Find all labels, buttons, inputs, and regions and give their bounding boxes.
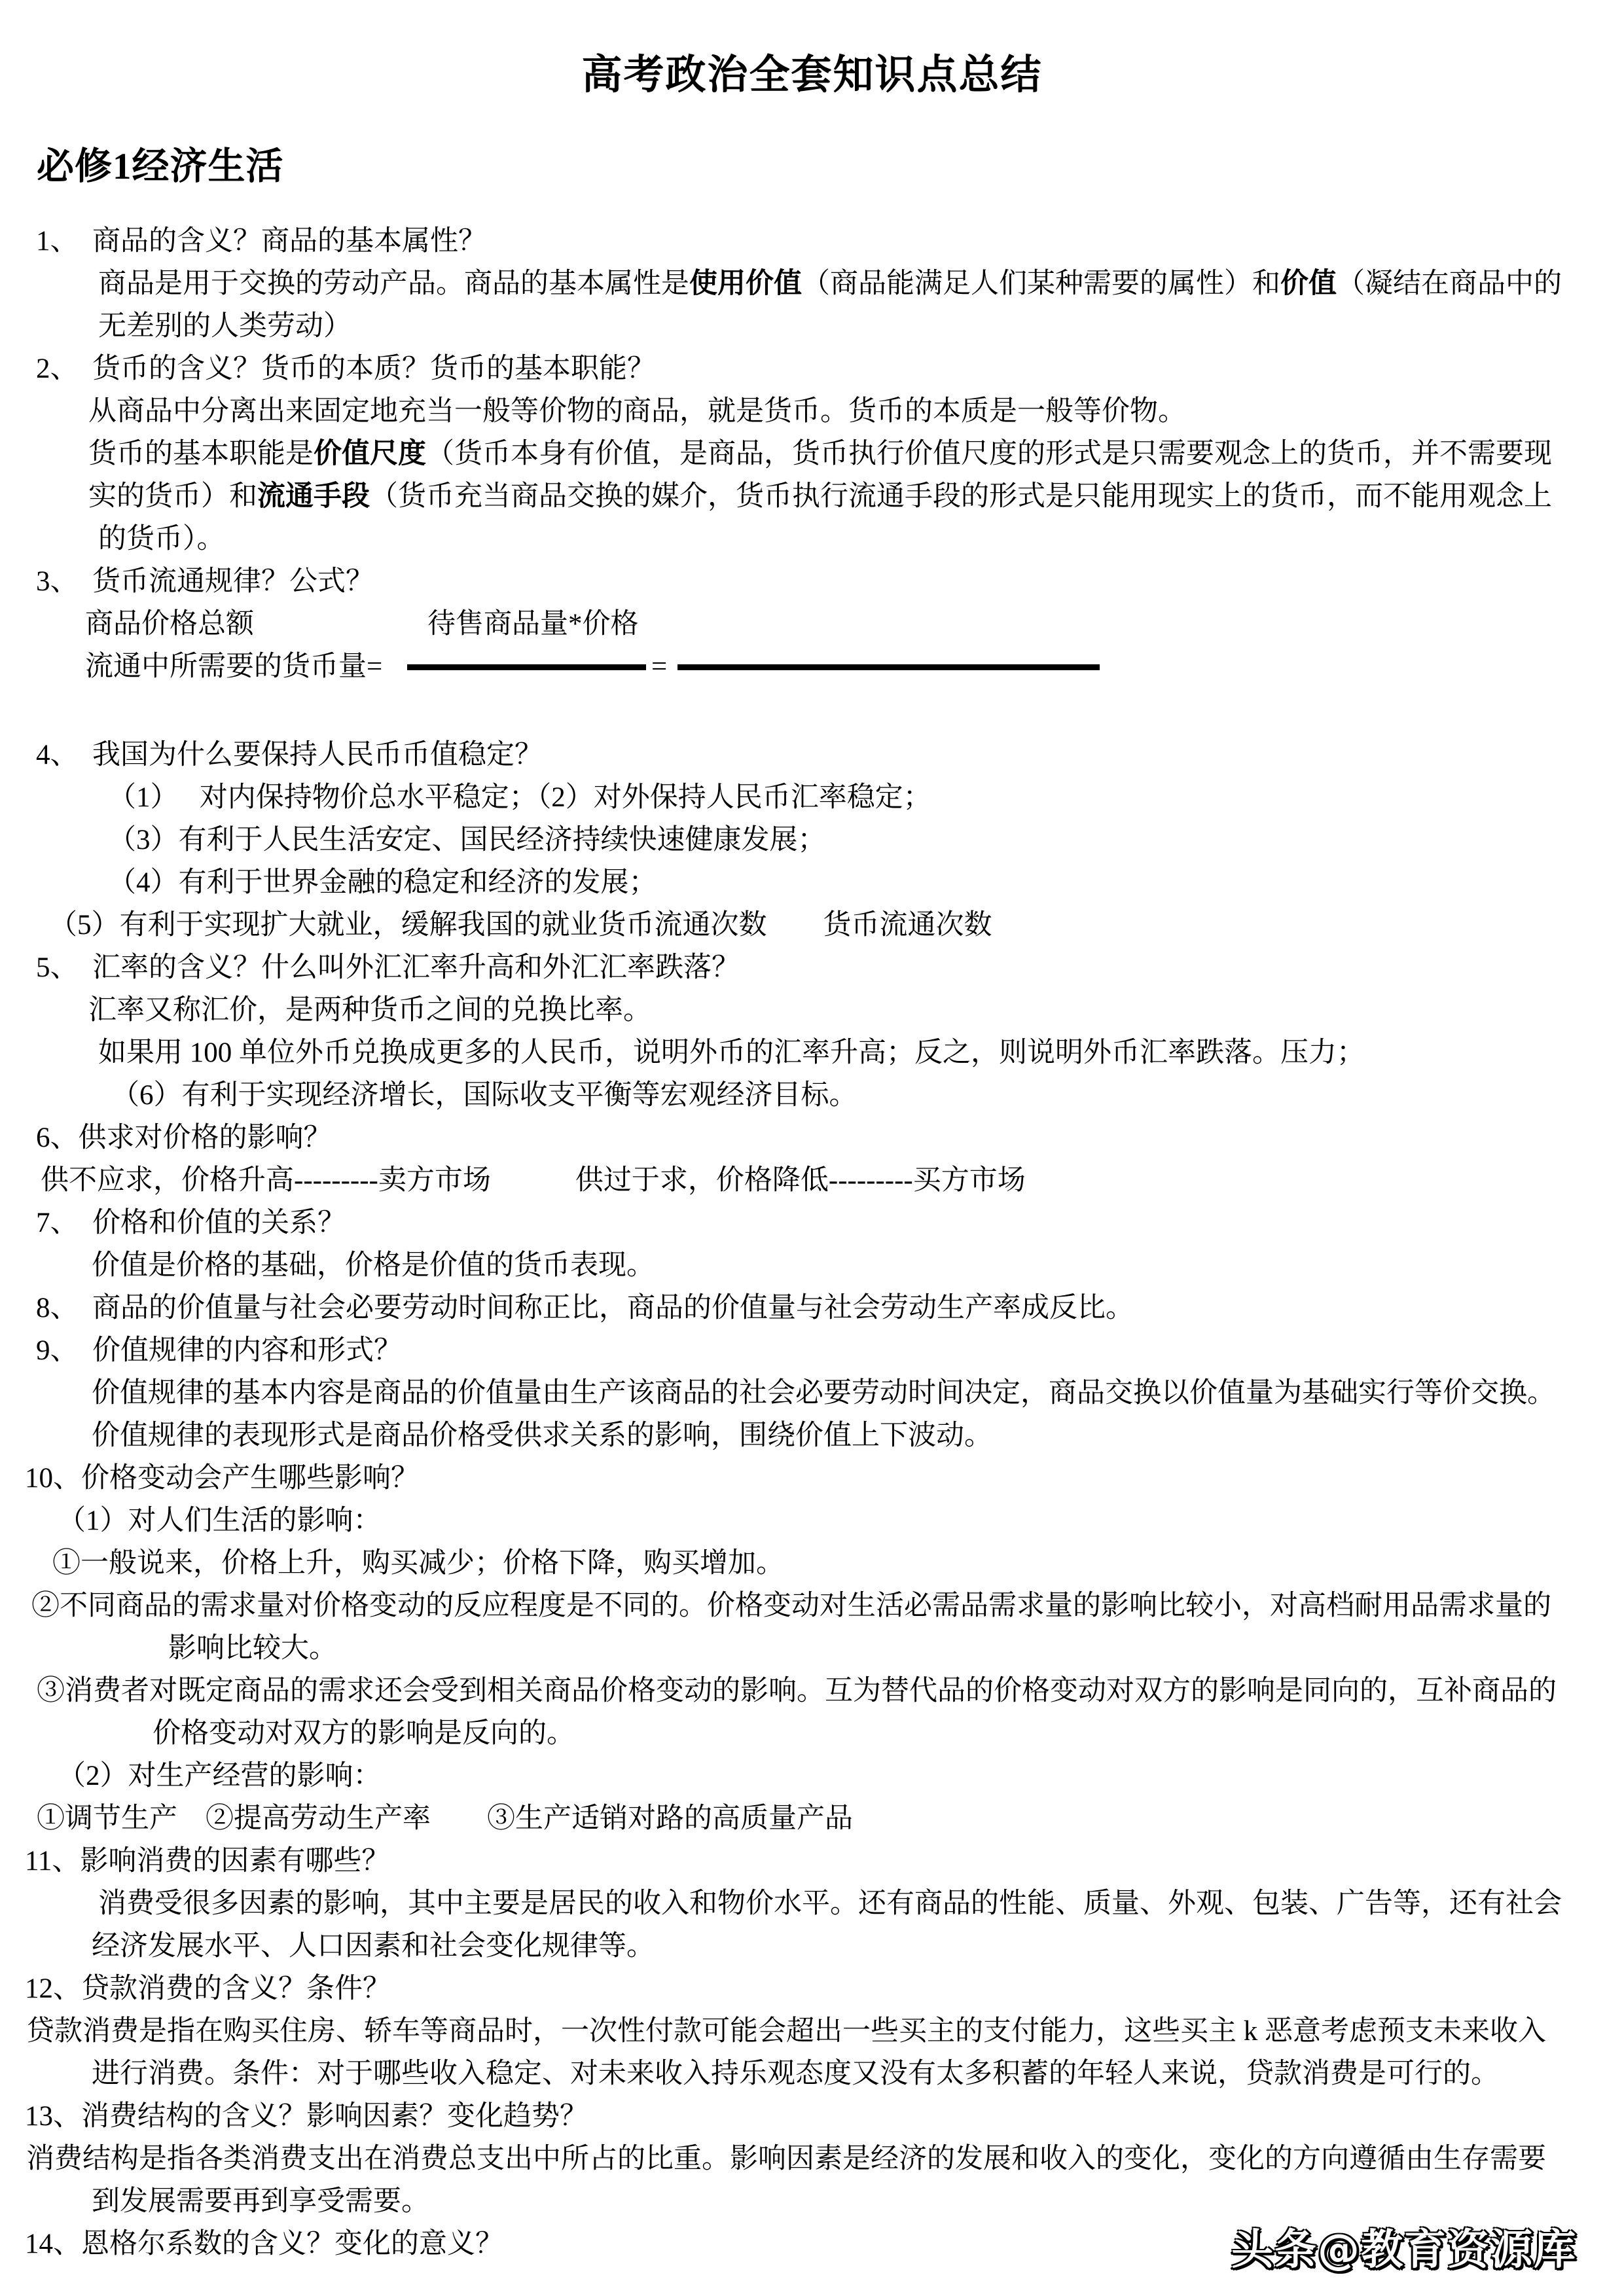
item-10-answer-line: ①一般说来，价格上升，购买减少；价格下降，购买增加。: [0, 1542, 1624, 1585]
item-5-answer-line: 如果用 100 单位外币兑换成更多的人民币，说明外币的汇率升高；反之，则说明外币…: [0, 1031, 1624, 1074]
text-segment: 到发展需要再到享受需要。: [92, 2186, 429, 2217]
watermark: 头条@教育资源库: [1231, 2220, 1577, 2280]
text-segment: 价值: [1280, 268, 1337, 299]
item-9-question: 9、 价值规律的内容和形式？: [0, 1329, 1624, 1372]
item-13-question: 13、消费结构的含义？影响因素？变化趋势？: [0, 2095, 1624, 2138]
text-segment: （凝结在商品中的: [1337, 268, 1562, 299]
text-segment: 汇率又称汇价，是两种货币之间的兑换比率。: [88, 995, 651, 1026]
item-12-answer-line: 贷款消费是指在购买住房、轿车等商品时，一次性付款可能会超出一些买主的支付能力，这…: [0, 2010, 1624, 2053]
item-11-answer-line: 经济发展水平、人口因素和社会变化规律等。: [0, 1925, 1624, 1967]
item-5-answer-line: 汇率又称汇价，是两种货币之间的兑换比率。: [0, 989, 1624, 1031]
text-segment: 实的货币）和: [88, 481, 257, 512]
text-segment: ①一般说来，价格上升，购买减少；价格下降，购买增加。: [52, 1548, 784, 1579]
text-segment: 流通手段: [257, 481, 370, 512]
text-segment: 流通中所需要的货币量=: [85, 645, 382, 688]
text-segment: 11、影响消费的因素有哪些？: [25, 1846, 389, 1876]
text-segment: ②不同商品的需求量对价格变动的反应程度是不同的。价格变动对生活必需品需求量的影响…: [31, 1590, 1551, 1621]
text-segment: 如果用 100 单位外币兑换成更多的人民币，说明外币的汇率升高；反之，则说明外币…: [98, 1037, 1365, 1068]
formula-numerators-line: 商品价格总额待售商品量*价格: [0, 603, 1624, 645]
item-10-answer-line: ①调节生产 ②提高劳动生产率 ③生产适销对路的高质量产品: [0, 1797, 1624, 1840]
text-segment: 经济发展水平、人口因素和社会变化规律等。: [92, 1931, 655, 1962]
text-segment: （货币本身有价值，是商品，货币执行价值尺度的形式是只需要观念上的货币，并不需要现: [426, 439, 1552, 469]
text-segment: 消费结构是指各类消费支出在消费总支出中所占的比重。影响因素是经济的发展和收入的变…: [26, 2144, 1546, 2174]
item-10-question: 10、价格变动会产生哪些影响？: [0, 1457, 1624, 1499]
text-segment: （5）有利于实现扩大就业，缓解我国的就业货币流通次数 货币流通次数: [49, 910, 992, 941]
text-segment: 价值是价格的基础，价格是价值的货币表现。: [92, 1250, 655, 1281]
item-5-answer-line: （6）有利于实现经济增长，国际收支平衡等宏观经济目标。: [0, 1074, 1624, 1117]
item-7-question: 7、 价格和价值的关系？: [0, 1202, 1624, 1244]
text-segment: 商品价格总额: [85, 603, 254, 645]
text-segment: 价值规律的表现形式是商品价格受供求关系的影响，围绕价值上下波动。: [92, 1420, 992, 1451]
text-segment: （3）有利于人民生活安定、国民经济持续快速健康发展；: [108, 825, 826, 855]
text-segment: （4）有利于世界金融的稳定和经济的发展；: [108, 867, 657, 898]
item-9-answer-line: 价值规律的表现形式是商品价格受供求关系的影响，围绕价值上下波动。: [0, 1414, 1624, 1457]
section-heading: 必修1经济生活: [37, 145, 1624, 188]
text-segment: 的货币）。: [98, 524, 225, 554]
text-segment: 供不应求，价格升高---------卖方市场 供过于求，价格降低--------…: [41, 1165, 1026, 1196]
text-segment: 从商品中分离出来固定地充当一般等价物的商品，就是货币。货币的本质是一般等价物。: [88, 396, 1186, 427]
text-segment: 2、 货币的含义？货币的本质？货币的基本职能？: [36, 353, 655, 384]
item-7-answer-line: 价值是价格的基础，价格是价值的货币表现。: [0, 1244, 1624, 1287]
text-segment: 13、消费结构的含义？影响因素？变化趋势？: [25, 2101, 588, 2132]
item-11-question: 11、影响消费的因素有哪些？: [0, 1840, 1624, 1882]
text-segment: 价值规律的基本内容是商品的价值量由生产该商品的社会必要劳动时间决定，商品交换以价…: [92, 1378, 1555, 1408]
text-segment: =: [651, 645, 667, 688]
text-segment: 影响比较大。: [168, 1633, 337, 1664]
item-4-answer-line: （4）有利于世界金融的稳定和经济的发展；: [0, 861, 1624, 904]
item-1-question: 1、 商品的含义？商品的基本属性？: [0, 220, 1624, 262]
text-segment: ③消费者对既定商品的需求还会受到相关商品价格变动的影响。互为替代品的价格变动对双…: [37, 1676, 1557, 1706]
item-2-answer-line: 的货币）。: [0, 518, 1624, 560]
text-segment: 进行消费。条件：对于哪些收入稳定、对未来收入持乐观态度又没有太多积蓄的年轻人来说…: [92, 2058, 1499, 2089]
text-segment: （6）有利于实现经济增长，国际收支平衡等宏观经济目标。: [111, 1080, 857, 1111]
blank-line: [0, 688, 1624, 734]
text-segment: 10、价格变动会产生哪些影响？: [25, 1463, 419, 1494]
formula-bars-line: 流通中所需要的货币量==: [0, 645, 1624, 688]
text-segment: 价值尺度: [314, 439, 426, 469]
item-10-answer-line: （2）对生产经营的影响：: [0, 1755, 1624, 1797]
item-10-answer-line: ②不同商品的需求量对价格变动的反应程度是不同的。价格变动对生活必需品需求量的影响…: [0, 1585, 1624, 1627]
fraction-bar: [677, 664, 1100, 670]
item-4-answer-line: （1） 对内保持物价总水平稳定；（2）对外保持人民币汇率稳定；: [0, 776, 1624, 819]
item-2-answer-line: 实的货币）和流通手段（货币充当商品交换的媒介，货币执行流通手段的形式是只能用现实…: [0, 475, 1624, 518]
item-10-answer-line: （1）对人们生活的影响：: [0, 1499, 1624, 1542]
text-segment: 使用价值: [689, 268, 802, 299]
text-segment: 4、 我国为什么要保持人民币币值稳定？: [36, 740, 543, 770]
text-segment: （1） 对内保持物价总水平稳定；（2）对外保持人民币汇率稳定；: [108, 782, 931, 813]
text-segment: 5、 汇率的含义？什么叫外汇汇率升高和外汇汇率跌落？: [36, 952, 740, 983]
item-4-question: 4、 我国为什么要保持人民币币值稳定？: [0, 734, 1624, 776]
item-3-question: 3、 货币流通规律？公式？: [0, 560, 1624, 603]
item-4-answer-line: （3）有利于人民生活安定、国民经济持续快速健康发展；: [0, 819, 1624, 861]
text-segment: ①调节生产 ②提高劳动生产率 ③生产适销对路的高质量产品: [37, 1803, 853, 1834]
text-segment: 消费受很多因素的影响，其中主要是居民的收入和物价水平。还有商品的性能、质量、外观…: [98, 1888, 1562, 1919]
text-segment: 1、 商品的含义？商品的基本属性？: [36, 226, 486, 257]
document-body: 1、 商品的含义？商品的基本属性？商品是用于交换的劳动产品。商品的基本属性是使用…: [0, 220, 1624, 2265]
text-segment: 价格变动对双方的影响是反向的。: [153, 1718, 575, 1749]
text-segment: 无差别的人类劳动）: [98, 311, 352, 342]
document-page: { "page": { "title": "高考政治全套知识点总结", "hea…: [0, 0, 1624, 2296]
item-13-answer-line: 到发展需要再到享受需要。: [0, 2180, 1624, 2223]
item-9-answer-line: 价值规律的基本内容是商品的价值量由生产该商品的社会必要劳动时间决定，商品交换以价…: [0, 1372, 1624, 1414]
text-segment: 12、贷款消费的含义？条件？: [25, 1973, 391, 2004]
text-segment: 14、恩格尔系数的含义？变化的意义？: [25, 2229, 503, 2259]
item-8-statement: 8、 商品的价值量与社会必要劳动时间称正比，商品的价值量与社会劳动生产率成反比。: [0, 1287, 1624, 1329]
text-segment: 待售商品量*价格: [427, 603, 639, 645]
item-6-answer-line: 供不应求，价格升高---------卖方市场 供过于求，价格降低--------…: [0, 1159, 1624, 1202]
item-12-answer-line: 进行消费。条件：对于哪些收入稳定、对未来收入持乐观态度又没有太多积蓄的年轻人来说…: [0, 2053, 1624, 2095]
text-segment: 6、供求对价格的影响？: [36, 1122, 332, 1153]
item-13-answer-line: 消费结构是指各类消费支出在消费总支出中所占的比重。影响因素是经济的发展和收入的变…: [0, 2138, 1624, 2180]
item-5-question: 5、 汇率的含义？什么叫外汇汇率升高和外汇汇率跌落？: [0, 946, 1624, 989]
item-2-answer-line: 从商品中分离出来固定地充当一般等价物的商品，就是货币。货币的本质是一般等价物。: [0, 390, 1624, 433]
text-segment: （商品能满足人们某种需要的属性）和: [802, 268, 1280, 299]
item-4-answer-line: （5）有利于实现扩大就业，缓解我国的就业货币流通次数 货币流通次数: [0, 904, 1624, 946]
item-10-answer-line: 价格变动对双方的影响是反向的。: [0, 1712, 1624, 1755]
item-11-answer-line: 消费受很多因素的影响，其中主要是居民的收入和物价水平。还有商品的性能、质量、外观…: [0, 1882, 1624, 1925]
item-10-answer-line: ③消费者对既定商品的需求还会受到相关商品价格变动的影响。互为替代品的价格变动对双…: [0, 1670, 1624, 1712]
text-segment: 商品是用于交换的劳动产品。商品的基本属性是: [98, 268, 689, 299]
text-segment: 9、 价值规律的内容和形式？: [36, 1335, 402, 1366]
text-segment: 贷款消费是指在购买住房、轿车等商品时，一次性付款可能会超出一些买主的支付能力，这…: [26, 2016, 1546, 2047]
item-6-question: 6、供求对价格的影响？: [0, 1117, 1624, 1159]
item-12-question: 12、贷款消费的含义？条件？: [0, 1967, 1624, 2010]
page-title: 高考政治全套知识点总结: [0, 51, 1624, 98]
text-segment: 货币的基本职能是: [88, 439, 314, 469]
text-segment: （2）对生产经营的影响：: [58, 1761, 382, 1791]
item-1-answer-line: 商品是用于交换的劳动产品。商品的基本属性是使用价值（商品能满足人们某种需要的属性…: [0, 262, 1624, 305]
text-segment: （1）对人们生活的影响：: [58, 1505, 382, 1536]
item-1-answer-line: 无差别的人类劳动）: [0, 305, 1624, 348]
fraction-bar: [407, 664, 646, 670]
text-segment: 8、 商品的价值量与社会必要劳动时间称正比，商品的价值量与社会劳动生产率成反比。: [36, 1293, 1134, 1323]
item-2-question: 2、 货币的含义？货币的本质？货币的基本职能？: [0, 348, 1624, 390]
text-segment: 3、 货币流通规律？公式？: [36, 566, 374, 597]
item-2-answer-line: 货币的基本职能是价值尺度（货币本身有价值，是商品，货币执行价值尺度的形式是只需要…: [0, 433, 1624, 475]
text-segment: 7、 价格和价值的关系？: [36, 1208, 346, 1238]
text-segment: （货币充当商品交换的媒介，货币执行流通手段的形式是只能用现实上的货币，而不能用观…: [370, 481, 1552, 512]
item-10-answer-line: 影响比较大。: [0, 1627, 1624, 1670]
